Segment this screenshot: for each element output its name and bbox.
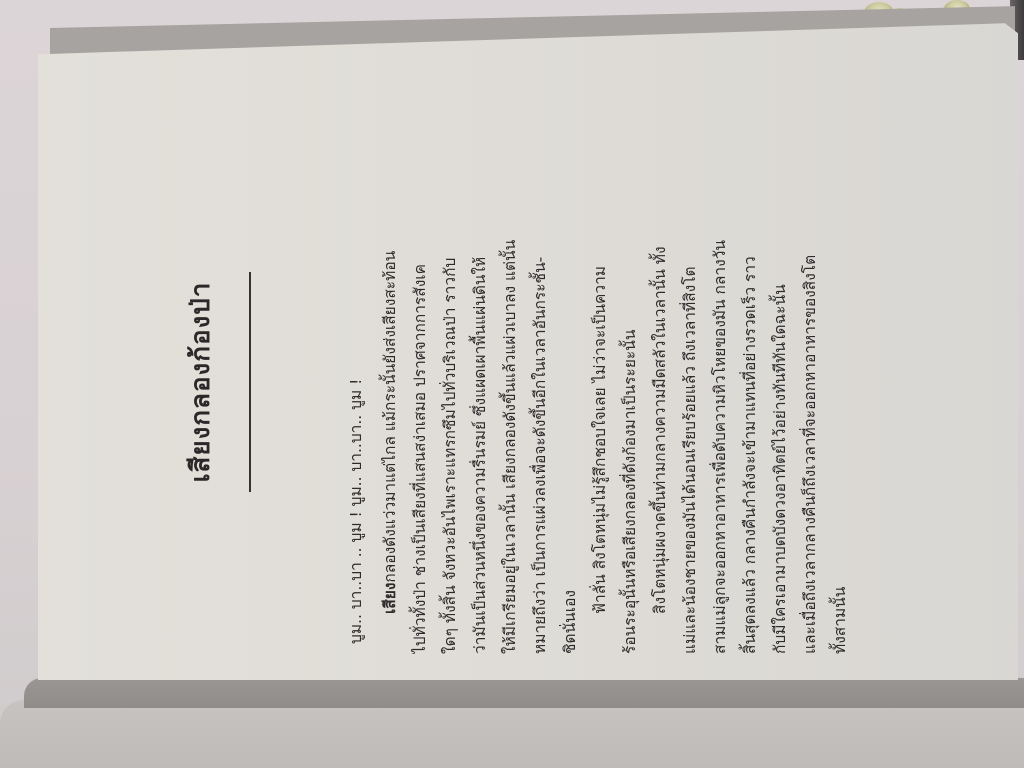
paragraph-line: สิงโตหนุ่มผงาดขึ้นท่ามกลางความมืดสลัวในเ… (645, 102, 675, 654)
sound-effect-line: บูม.. บา..บา .. บูม ! บูม.. บา..บา.. บูม… (341, 102, 371, 654)
paragraph-line: ฟ้าลั่น สิงโตหนุ่มไม่รู้สึกชอบใจเลย ไม่ว… (585, 102, 615, 654)
paragraph-line: แม่และน้องชายของมันได้นอนเรียบร้อยแล้ว ถ… (675, 102, 705, 654)
paragraph-line: และเมื่อถึงเวลากลางคืนก็ถึงเวลาที่จะออกห… (795, 102, 825, 654)
paragraph-line: เสียงกลองดังแว่วมาแต่ไกล แม้กระนั้นยังส่… (375, 102, 405, 654)
lead-word: เสียง (381, 583, 399, 614)
paragraph-line: ชิดนั่นเอง (555, 102, 585, 654)
paragraph-line: ทั้งสามนั้น (825, 102, 855, 654)
paragraph-line: ไปทั่วทั้งป่า ช่างเป็นเสียงที่แสนสง่าเสม… (405, 102, 435, 654)
paragraph-line: ใดๆ ทั้งสิ้น จังหวะอันไพเราะแทรกซึมไปทั่… (435, 102, 465, 654)
page-text-frame: เสียงกลองก้องป่า บูม.. บา..บา .. บูม ! บ… (170, 92, 870, 672)
paragraph-line: ว่ามันเป็นส่วนหนึ่งของความรื่นรมย์ ซึ่งแ… (465, 102, 495, 654)
title-divider (249, 272, 251, 492)
paragraph-line: สามแม่ลูกจะออกหาอาหารเพื่อดับความหิวโหยข… (705, 102, 735, 654)
photo-scene: เสียงกลองก้องป่า บูม.. บา..บา .. บูม ! บ… (0, 0, 1024, 768)
paragraph-line: หมายถึงว่า เป็นการแผ่วลงเพื่อจะดังขึ้นอี… (525, 102, 555, 654)
paragraph-line: กับมีใครเอามาบดบังดวงอาทิตย์ไว้อย่างทันท… (765, 102, 795, 654)
paragraph-line: สิ้นสุดลงแล้ว กลางคืนกำลังจะเข้ามาแทนที่… (735, 102, 765, 654)
body-text: บูม.. บา..บา .. บูม ! บูม.. บา..บา.. บูม… (341, 92, 855, 672)
paragraph-line: ให้มีเกรียมอยู่ในเวลานั้น เสียงกลองดังขึ… (495, 102, 525, 654)
lower-page (0, 700, 1024, 768)
rotated-page-content: เสียงกลองก้องป่า บูม.. บา..บา .. บูม ! บ… (170, 92, 870, 672)
paragraph-line: ร้อนระอุนั้นหรือเสียงกลองที่ดังก้องมาเป็… (615, 102, 645, 654)
chapter-title: เสียงกลองก้องป่า (180, 92, 221, 672)
page-edge-shadow (24, 678, 1024, 708)
